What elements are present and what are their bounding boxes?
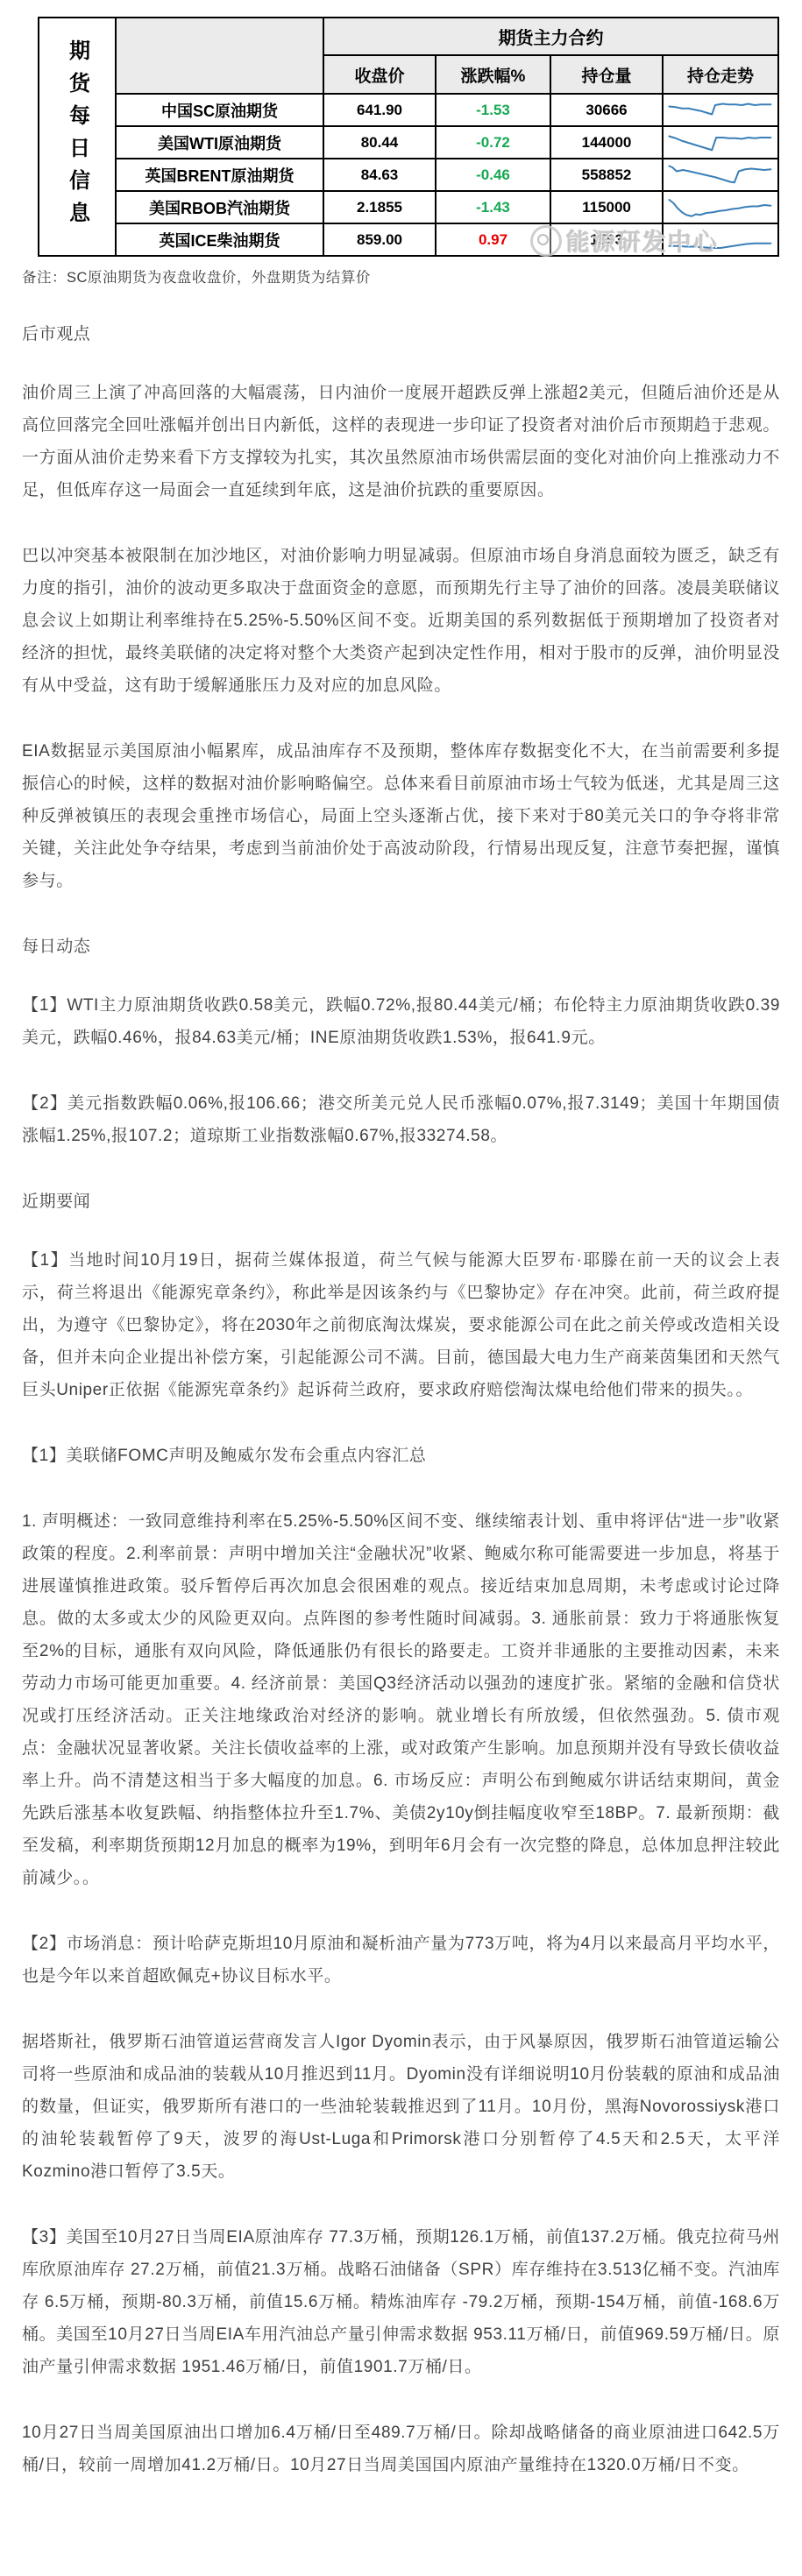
paragraph: 【2】市场消息：预计哈萨克斯坦10月原油和凝析油产量为773万吨，将为4月以来最…	[22, 1928, 780, 1992]
sparkline-chart	[667, 130, 774, 156]
change-percent-cell: -0.46	[436, 159, 550, 191]
name-column-header	[116, 18, 323, 94]
change-percent-cell: -0.72	[436, 126, 550, 159]
sparkline-chart	[667, 97, 774, 124]
paragraph: 【2】美元指数跌幅0.06%,报106.66；港交所美元兑人民币涨幅0.07%,…	[22, 1087, 780, 1152]
table-row: 中国SC原油期货641.90-1.5330666	[39, 94, 778, 126]
contract-name-cell: 中国SC原油期货	[116, 94, 323, 126]
oi-trend-sparkline-cell	[663, 159, 778, 191]
open-interest-cell: 30666	[550, 94, 663, 126]
table-side-cell: 期货每日信息	[39, 18, 116, 256]
section-heading: 近期要闻	[22, 1185, 780, 1218]
open-interest-cell: 115000	[550, 191, 663, 223]
close-price-cell: 84.63	[323, 159, 436, 191]
col-header-trend: 持仓走势	[663, 55, 778, 94]
paragraph: EIA数据显示美国原油小幅累库，成品油库存不及预期，整体库存数据变化不大，在当前…	[22, 735, 780, 897]
change-percent-cell: -1.53	[436, 94, 550, 126]
paragraph: 巴以冲突基本被限制在加沙地区，对油价影响力明显减弱。但原油市场自身消息面较为匮乏…	[22, 540, 780, 702]
change-percent-cell: 0.97	[436, 223, 550, 256]
contract-name-cell: 英国ICE柴油期货	[116, 223, 323, 256]
table-row: 美国RBOB汽油期货2.1855-1.43115000	[39, 191, 778, 223]
close-price-cell: 80.44	[323, 126, 436, 159]
col-header-change: 涨跌幅%	[436, 55, 550, 94]
contract-name-cell: 美国WTI原油期货	[116, 126, 323, 159]
sparkline-chart	[667, 227, 774, 253]
paragraph: 10月27日当周美国原油出口增加6.4万桶/日至489.7万桶/日。除却战略储备…	[22, 2417, 780, 2481]
futures-table-body: 期货每日信息 期货主力合约 收盘价 涨跌幅% 持仓量 持仓走势 中国SC原油期货…	[39, 18, 778, 256]
section-heading: 后市观点	[22, 318, 780, 350]
paragraph: 【1】美联储FOMC声明及鲍威尔发布会重点内容汇总	[22, 1440, 780, 1472]
table-group-header-row: 期货每日信息 期货主力合约	[39, 18, 778, 55]
change-percent-cell: -1.43	[436, 191, 550, 223]
paragraph: 1. 声明概述：一致同意维持利率在5.25%-5.50%区间不变、继续缩表计划、…	[22, 1505, 780, 1894]
oi-trend-sparkline-cell	[663, 191, 778, 223]
col-header-close: 收盘价	[323, 55, 436, 94]
close-price-cell: 859.00	[323, 223, 436, 256]
oi-trend-sparkline-cell	[663, 126, 778, 159]
sparkline-chart	[667, 195, 774, 221]
futures-table-wrap: 期货每日信息 期货主力合约 收盘价 涨跌幅% 持仓量 持仓走势 中国SC原油期货…	[38, 17, 777, 257]
contract-name-cell: 英国BRENT原油期货	[116, 159, 323, 191]
paragraph: 【1】当地时间10月19日，据荷兰媒体报道，荷兰气候与能源大臣罗布·耶滕在前一天…	[22, 1244, 780, 1406]
close-price-cell: 641.90	[323, 94, 436, 126]
paragraph: 【1】WTI主力原油期货收跌0.58美元，跌幅0.72%,报80.44美元/桶；…	[22, 989, 780, 1054]
futures-table: 期货每日信息 期货主力合约 收盘价 涨跌幅% 持仓量 持仓走势 中国SC原油期货…	[38, 17, 779, 257]
paragraph: 据塔斯社，俄罗斯石油管道运营商发言人Igor Dyomin表示，由于风暴原因，俄…	[22, 2026, 780, 2188]
table-row: 英国ICE柴油期货859.000.971593	[39, 223, 778, 256]
table-side-label: 期货每日信息	[62, 39, 93, 234]
oi-trend-sparkline-cell	[663, 223, 778, 256]
article-body: 后市观点油价周三上演了冲高回落的大幅震荡，日内油价一度展开超跌反弹上涨超2美元，…	[22, 318, 780, 2481]
open-interest-cell: 1593	[550, 223, 663, 256]
close-price-cell: 2.1855	[323, 191, 436, 223]
table-row: 英国BRENT原油期货84.63-0.46558852	[39, 159, 778, 191]
oi-trend-sparkline-cell	[663, 94, 778, 126]
open-interest-cell: 144000	[550, 126, 663, 159]
contract-name-cell: 美国RBOB汽油期货	[116, 191, 323, 223]
paragraph: 油价周三上演了冲高回落的大幅震荡，日内油价一度展开超跌反弹上涨超2美元，但随后油…	[22, 377, 780, 506]
group-header: 期货主力合约	[323, 18, 778, 55]
col-header-oi: 持仓量	[550, 55, 663, 94]
sparkline-chart	[667, 162, 774, 188]
table-footnote: 备注：SC原油期货为夜盘收盘价，外盘期货为结算价	[22, 265, 780, 287]
open-interest-cell: 558852	[550, 159, 663, 191]
section-heading: 每日动态	[22, 931, 780, 963]
table-row: 美国WTI原油期货80.44-0.72144000	[39, 126, 778, 159]
paragraph: 【3】美国至10月27日当周EIA原油库存 77.3万桶，预期126.1万桶，前…	[22, 2221, 780, 2383]
report-page: 期货每日信息 期货主力合约 收盘价 涨跌幅% 持仓量 持仓走势 中国SC原油期货…	[0, 0, 802, 2516]
